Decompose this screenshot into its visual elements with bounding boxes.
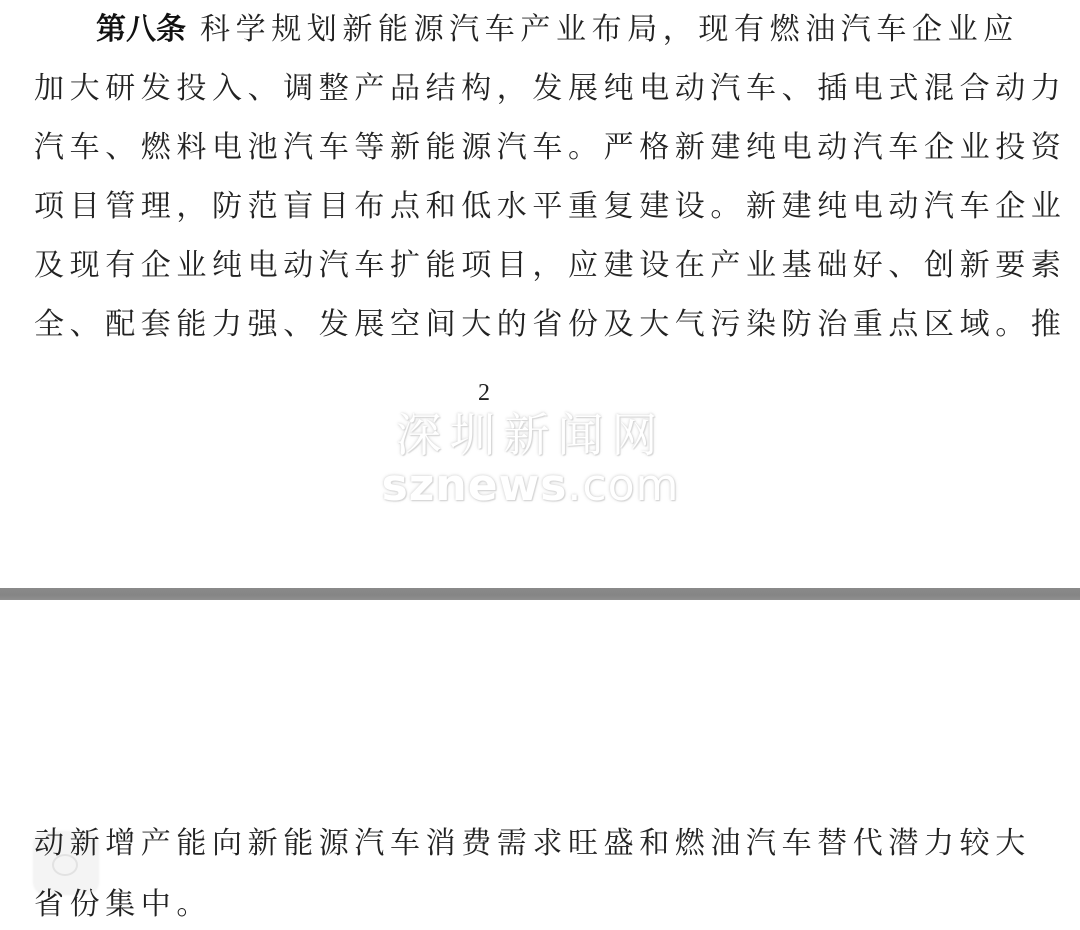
page-number: 2 [478, 380, 490, 407]
document-page-bottom: 动新增产能向新能源汽车消费需求旺盛和燃油汽车替代潜力较大 省份集中。 [0, 600, 1080, 930]
watermark-english-bold: sznews [382, 460, 568, 511]
text-line: 动新增产能向新能源汽车消费需求旺盛和燃油汽车替代潜力较大 [34, 824, 944, 864]
text-line-content: 科学规划新能源汽车产业布局，现有燃油汽车企业应 [200, 12, 1019, 47]
article-label: 第八条 [96, 12, 186, 47]
page-divider [0, 588, 1080, 600]
watermark-chinese: 深圳新闻网 [358, 408, 703, 462]
watermark-english: sznews.com [358, 462, 703, 510]
text-line: 汽车、燃料电池汽车等新能源汽车。严格新建纯电动汽车企业投资 [34, 128, 944, 168]
text-line: 第八条科学规划新能源汽车产业布局，现有燃油汽车企业应 [96, 10, 1006, 50]
watermark-english-light: .com [567, 460, 679, 511]
watermark-logo: 深圳新闻网 sznews.com [358, 408, 703, 513]
text-line: 项目管理，防范盲目布点和低水平重复建设。新建纯电动汽车企业 [34, 187, 944, 227]
document-page-top: 第八条科学规划新能源汽车产业布局，现有燃油汽车企业应 加大研发投入、调整产品结构… [0, 0, 1080, 588]
text-line: 及现有企业纯电动汽车扩能项目，应建设在产业基础好、创新要素 [34, 246, 944, 286]
text-line: 省份集中。 [34, 885, 944, 925]
text-line: 全、配套能力强、发展空间大的省份及大气污染防治重点区域。推 [34, 305, 944, 345]
text-line: 加大研发投入、调整产品结构，发展纯电动汽车、插电式混合动力 [34, 69, 944, 109]
